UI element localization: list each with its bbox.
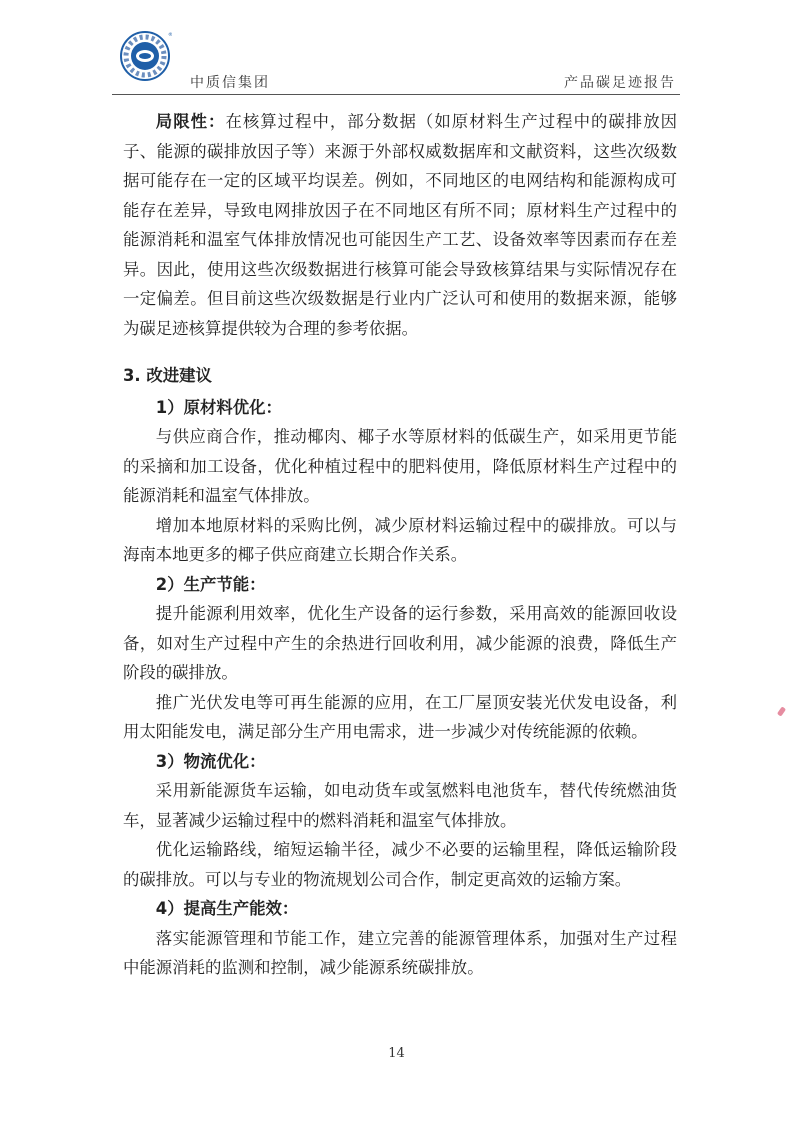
limitation-label: 局限性： (156, 112, 226, 131)
limitation-paragraph: 局限性：在核算过程中，部分数据（如原材料生产过程中的碳排放因子、能源的碳排放因子… (123, 107, 677, 343)
paragraph: 与供应商合作，推动椰肉、椰子水等原材料的低碳生产，如采用更节能的采摘和加工设备，… (123, 422, 677, 511)
item-heading-raw-materials: 1）原材料优化： (123, 393, 677, 423)
company-logo-icon: ® (118, 28, 172, 82)
item-heading-efficiency: 4）提高生产能效： (123, 894, 677, 924)
page-header: ® 中质信集团 产品碳足迹报告 (112, 28, 680, 92)
paragraph: 落实能源管理和节能工作，建立完善的能源管理体系，加强对生产过程中能源消耗的监测和… (123, 924, 677, 983)
section-title: 3. 改进建议 (123, 361, 677, 391)
company-name: 中质信集团 (190, 72, 270, 92)
page-content: 局限性：在核算过程中，部分数据（如原材料生产过程中的碳排放因子、能源的碳排放因子… (123, 107, 677, 983)
paragraph: 提升能源利用效率，优化生产设备的运行参数，采用高效的能源回收设备，如对生产过程中… (123, 599, 677, 688)
svg-text:®: ® (168, 31, 172, 38)
seal-mark (777, 706, 786, 716)
page-number: 14 (0, 1046, 793, 1061)
header-divider (112, 94, 680, 95)
paragraph: 增加本地原材料的采购比例，减少原材料运输过程中的碳排放。可以与海南本地更多的椰子… (123, 511, 677, 570)
report-title: 产品碳足迹报告 (564, 72, 676, 92)
paragraph: 优化运输路线，缩短运输半径，减少不必要的运输里程，降低运输阶段的碳排放。可以与专… (123, 835, 677, 894)
paragraph: 推广光伏发电等可再生能源的应用，在工厂屋顶安装光伏发电设备，利用太阳能发电，满足… (123, 688, 677, 747)
item-heading-production-energy: 2）生产节能： (123, 570, 677, 600)
item-heading-logistics: 3）物流优化： (123, 747, 677, 777)
paragraph: 采用新能源货车运输，如电动货车或氢燃料电池货车，替代传统燃油货车，显著减少运输过… (123, 776, 677, 835)
limitation-text: 在核算过程中，部分数据（如原材料生产过程中的碳排放因子、能源的碳排放因子等）来源… (123, 112, 677, 338)
